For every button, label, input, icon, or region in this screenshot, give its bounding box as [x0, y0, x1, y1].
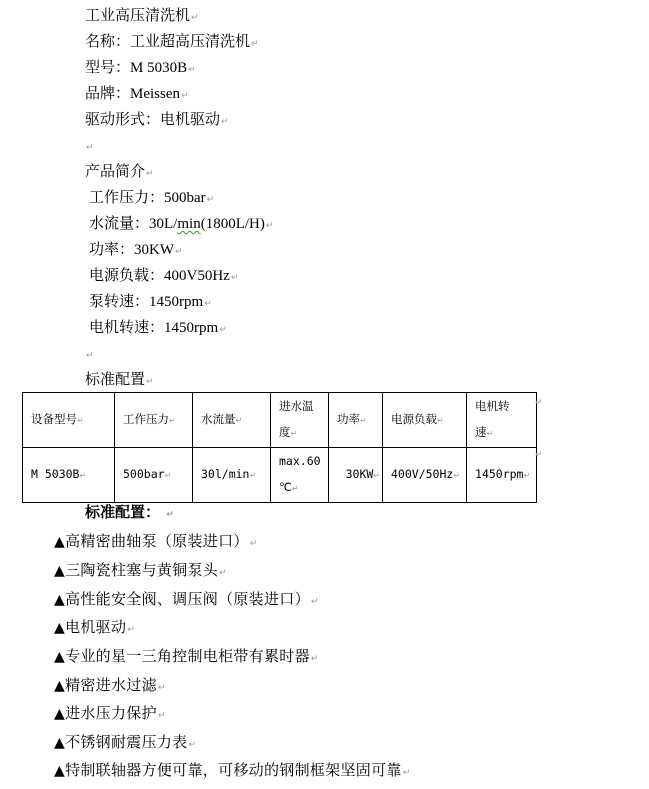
table-cell: 30KW↵ [329, 448, 383, 503]
cell-text: ℃ [279, 480, 292, 494]
header-text: 电源负载 [391, 412, 437, 426]
cell-mark-icon: ↵ [360, 416, 367, 425]
table-header-row: 设备型号↵ 工作压力↵ 水流量↵ 进水温度↵ 功率↵ 电源负载↵ 电机转速↵ [23, 393, 537, 448]
triangle-bullet-icon: ▲ [54, 678, 65, 694]
spec-supply: 电源负载：400V50Hz↵ [89, 267, 238, 287]
paragraph-mark-icon: ↵ [188, 65, 196, 75]
list-item: ▲精密进水过滤↵ [54, 676, 166, 697]
paragraph-mark-icon: ↵ [250, 539, 258, 549]
list-item: ▲高精密曲轴泵（原装进口）↵ [54, 532, 258, 553]
cell-mark-icon: ↵ [165, 471, 172, 480]
table-cell: max.60℃↵ [271, 448, 329, 503]
name-line: 名称：工业超高压清洗机↵ [85, 33, 259, 53]
cell-mark-icon: ↵ [437, 416, 444, 425]
list-item-text: 特制联轴器方便可靠，可移动的钢制框架坚固可靠 [65, 761, 402, 779]
spec-pump-speed: 泵转速：1450rpm↵ [89, 293, 212, 313]
spec-label: 工作压力： [89, 190, 164, 206]
list-item-text: 高精密曲轴泵（原装进口） [65, 532, 249, 550]
table-cell: 设备型号↵ [23, 393, 115, 448]
paragraph-mark-icon: ↵ [158, 711, 166, 721]
paragraph-mark-icon: ↵ [191, 13, 199, 23]
spec-value: 1450rpm [164, 320, 218, 336]
empty-line: ↵ [85, 345, 94, 365]
spec-value: 400V50Hz [164, 268, 230, 284]
cell-text: M 5030B [31, 467, 79, 481]
heading-text: 标准配置： [85, 503, 160, 521]
paragraph-mark-icon: ↵ [158, 683, 166, 693]
intro-heading-text: 产品简介 [85, 164, 145, 180]
doc-title: 工业高压清洗机↵ [85, 7, 199, 27]
paragraph-mark-icon: ↵ [231, 273, 239, 283]
cell-text: 400V/50Hz [391, 467, 453, 481]
spec-label: 功率： [89, 242, 134, 258]
header-text: 功率 [337, 412, 360, 426]
table-cell: 水流量↵ [193, 393, 271, 448]
spec-label: 泵转速： [89, 294, 149, 310]
paragraph-mark-icon: ↵ [219, 568, 227, 578]
config-heading-text: 标准配置 [85, 372, 145, 388]
spec-value-suffix: (1800L/H) [201, 216, 265, 232]
cell-mark-icon: ↵ [77, 416, 84, 425]
header-text: 水流量 [201, 412, 236, 426]
paragraph-mark-icon: ↵ [251, 39, 259, 49]
spec-motor-speed: 电机转速：1450rpm↵ [89, 319, 227, 339]
paragraph-mark-icon: ↵ [86, 143, 94, 153]
spec-pressure: 工作压力：500bar↵ [89, 189, 214, 209]
cell-mark-icon: ↵ [79, 471, 86, 480]
cell-mark-icon: ↵ [249, 471, 256, 480]
table-cell: 电源负载↵ [383, 393, 467, 448]
cell-mark-icon: ↵ [292, 484, 299, 493]
cell-mark-icon: ↵ [236, 416, 243, 425]
table-cell: 1450rpm↵ [467, 448, 537, 503]
brand-label: 品牌： [85, 86, 130, 102]
drive-label: 驱动形式： [85, 112, 160, 128]
table-cell: M 5030B↵ [23, 448, 115, 503]
cell-mark-icon: ↵ [523, 471, 530, 480]
table-cell: 进水温度↵ [271, 393, 329, 448]
table-cell: 电机转速↵ [467, 393, 537, 448]
list-item: ▲专业的星一三角控制电柜带有累时器↵ [54, 647, 319, 668]
spec-value: 30KW [134, 242, 174, 258]
paragraph-mark-icon: ↵ [219, 325, 227, 335]
paragraph-mark-icon: ↵ [86, 351, 94, 361]
table-cell: 工作压力↵ [115, 393, 193, 448]
title-text: 工业高压清洗机 [85, 8, 190, 24]
paragraph-mark-icon: ↵ [175, 247, 183, 257]
header-text: 工作压力 [123, 412, 169, 426]
paragraph-mark-icon: ↵ [127, 625, 135, 635]
paragraph-mark-icon: ↵ [166, 510, 174, 520]
cell-mark-icon: ↵ [169, 416, 176, 425]
header-text: 速 [475, 425, 487, 439]
table-cell: 30l/min↵ [193, 448, 271, 503]
paragraph-mark-icon: ↵ [181, 91, 189, 101]
list-item-text: 精密进水过滤 [65, 676, 157, 694]
table-cell: 功率↵ [329, 393, 383, 448]
cell-text: 1450rpm [475, 467, 523, 481]
list-item-text: 进水压力保护 [65, 704, 157, 722]
spec-label: 电机转速： [89, 320, 164, 336]
header-text-line2: 速↵ [475, 419, 530, 447]
config-heading: 标准配置↵ [85, 371, 154, 391]
list-item: ▲进水压力保护↵ [54, 704, 166, 725]
list-item: ▲三陶瓷柱塞与黄铜泵头↵ [54, 561, 227, 582]
table-cell: 400V/50Hz↵ [383, 448, 467, 503]
cell-text: 500bar [123, 467, 165, 481]
row-end-mark-icon: ↵ [535, 450, 543, 460]
triangle-bullet-icon: ▲ [54, 563, 65, 579]
cell-mark-icon: ↵ [291, 429, 298, 438]
paragraph-mark-icon: ↵ [403, 768, 411, 778]
model-value: M 5030B [130, 60, 187, 76]
spec-table: 设备型号↵ 工作压力↵ 水流量↵ 进水温度↵ 功率↵ 电源负载↵ 电机转速↵ M… [22, 392, 537, 503]
list-item-text: 高性能安全阀、调压阀（原装进口） [65, 590, 310, 608]
cell-text: max.60 [279, 448, 322, 474]
list-item-text: 电机驱动 [65, 618, 126, 636]
name-label: 名称： [85, 34, 130, 50]
spec-label: 水流量： [89, 216, 149, 232]
list-item: ▲特制联轴器方便可靠，可移动的钢制框架坚固可靠↵ [54, 761, 411, 782]
paragraph-mark-icon: ↵ [311, 654, 319, 664]
spec-power: 功率：30KW↵ [89, 241, 183, 261]
drive-value: 电机驱动 [160, 112, 220, 128]
triangle-bullet-icon: ▲ [54, 592, 65, 608]
triangle-bullet-icon: ▲ [54, 735, 65, 751]
spec-label: 电源负载： [89, 268, 164, 284]
triangle-bullet-icon: ▲ [54, 620, 65, 636]
standard-config-heading: 标准配置： ↵ [85, 503, 174, 524]
header-text: 设备型号 [31, 412, 77, 426]
name-value: 工业超高压清洗机 [130, 34, 250, 50]
triangle-bullet-icon: ▲ [54, 763, 65, 779]
cell-text-line2: ℃↵ [279, 474, 322, 502]
spec-value: 1450rpm [149, 294, 203, 310]
paragraph-mark-icon: ↵ [204, 299, 212, 309]
paragraph-mark-icon: ↵ [188, 740, 196, 750]
empty-line: ↵ [85, 137, 94, 157]
cell-mark-icon: ↵ [373, 471, 380, 480]
list-item-text: 三陶瓷柱塞与黄铜泵头 [65, 561, 218, 579]
cell-text: 30l/min [201, 467, 249, 481]
triangle-bullet-icon: ▲ [54, 649, 65, 665]
cell-mark-icon: ↵ [453, 471, 460, 480]
intro-heading: 产品简介↵ [85, 163, 154, 183]
cell-mark-icon: ↵ [487, 429, 494, 438]
cell-text: 30KW [346, 467, 374, 481]
header-text: 度 [279, 425, 291, 439]
model-label: 型号： [85, 60, 130, 76]
paragraph-mark-icon: ↵ [311, 597, 319, 607]
spec-value: 500bar [164, 190, 206, 206]
header-text-line2: 度↵ [279, 419, 322, 447]
header-text: 电机转 [475, 393, 530, 419]
list-item: ▲高性能安全阀、调压阀（原装进口）↵ [54, 590, 319, 611]
paragraph-mark-icon: ↵ [266, 221, 274, 231]
triangle-bullet-icon: ▲ [54, 534, 65, 550]
spec-value: 30L/ [149, 216, 177, 232]
triangle-bullet-icon: ▲ [54, 706, 65, 722]
row-end-mark-icon: ↵ [535, 398, 543, 408]
paragraph-mark-icon: ↵ [221, 117, 229, 127]
list-item: ▲电机驱动↵ [54, 618, 135, 639]
list-item-text: 专业的星一三角控制电柜带有累时器 [65, 647, 310, 665]
brand-line: 品牌：Meissen↵ [85, 85, 189, 105]
model-line: 型号：M 5030B↵ [85, 59, 196, 79]
header-text: 进水温 [279, 393, 322, 419]
table-cell: 500bar↵ [115, 448, 193, 503]
list-item: ▲不锈钢耐震压力表↵ [54, 733, 196, 754]
drive-line: 驱动形式：电机驱动↵ [85, 111, 229, 131]
list-item-text: 不锈钢耐震压力表 [65, 733, 187, 751]
paragraph-mark-icon: ↵ [146, 377, 154, 387]
brand-value: Meissen [130, 86, 180, 102]
paragraph-mark-icon: ↵ [146, 169, 154, 179]
spellcheck-underlined-word[interactable]: min [177, 216, 200, 232]
table-row: M 5030B↵ 500bar↵ 30l/min↵ max.60℃↵ 30KW↵… [23, 448, 537, 503]
paragraph-mark-icon: ↵ [207, 195, 215, 205]
spec-flow: 水流量：30L/min(1800L/H)↵ [89, 215, 273, 235]
